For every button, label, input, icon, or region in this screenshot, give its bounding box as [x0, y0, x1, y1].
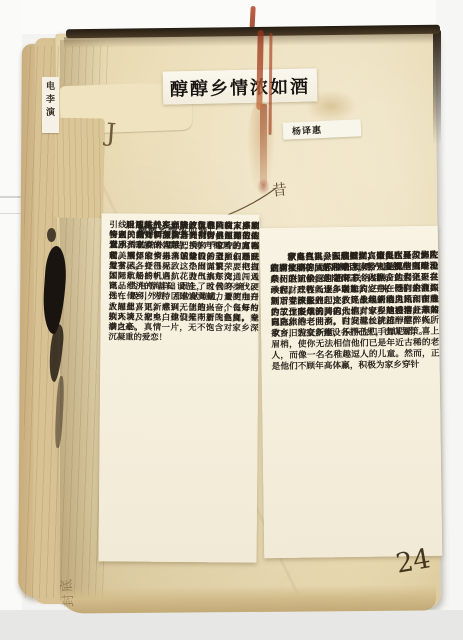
scanned-scrapbook-page: 电李演 醇醇乡情浓如酒 杨译惠 J 昔 引线，引进外资而奔波。他们对家乡的情意，…: [0, 0, 463, 640]
spine-label-text: 电李演: [44, 81, 57, 120]
scanner-background-bottom: [0, 610, 463, 640]
article-title: 醇醇乡情浓如酒: [170, 72, 311, 101]
right-column-paragraph: 家乡喜讯令人欣慰和自豪，也易勾起人们对家乡的缅怀和追念，特别是那些历经沧桑、上了…: [270, 250, 440, 372]
spine-paper-strip: [53, 118, 105, 219]
handwritten-check-mark: J: [105, 118, 117, 148]
page-right-dark-edge: [433, 30, 441, 145]
article-closing-line: 醇醇乡情浓如酒！: [138, 224, 218, 238]
red-drip-stain: [260, 104, 267, 186]
spine-label: 电李演: [42, 77, 59, 133]
title-clipping: 醇醇乡情浓如酒: [163, 68, 318, 104]
page-bottom-edge: [58, 584, 436, 613]
handwritten-margin-character: 昔: [271, 178, 288, 200]
handwritten-page-number: 24: [394, 543, 433, 579]
black-ink-dot: [47, 228, 56, 242]
newspaper-clipping-right-column: 秋高气爽，阳光灿烂，金风吹开了庭院的勒杜鹃花，鲜红耀目，生气盎然。 十月八日，深…: [260, 226, 443, 558]
author-name: 杨译惠: [292, 123, 323, 137]
red-drip-drop: [257, 178, 270, 195]
author-clipping: 杨译惠: [283, 119, 362, 139]
newspaper-clipping-left-column: 引线，引进外资而奔波。他们对家乡的情意，就如同深秋落叶对树根深深的怀念。 近几年…: [98, 213, 259, 562]
handwritten-corner-note: 封底: [55, 576, 77, 608]
